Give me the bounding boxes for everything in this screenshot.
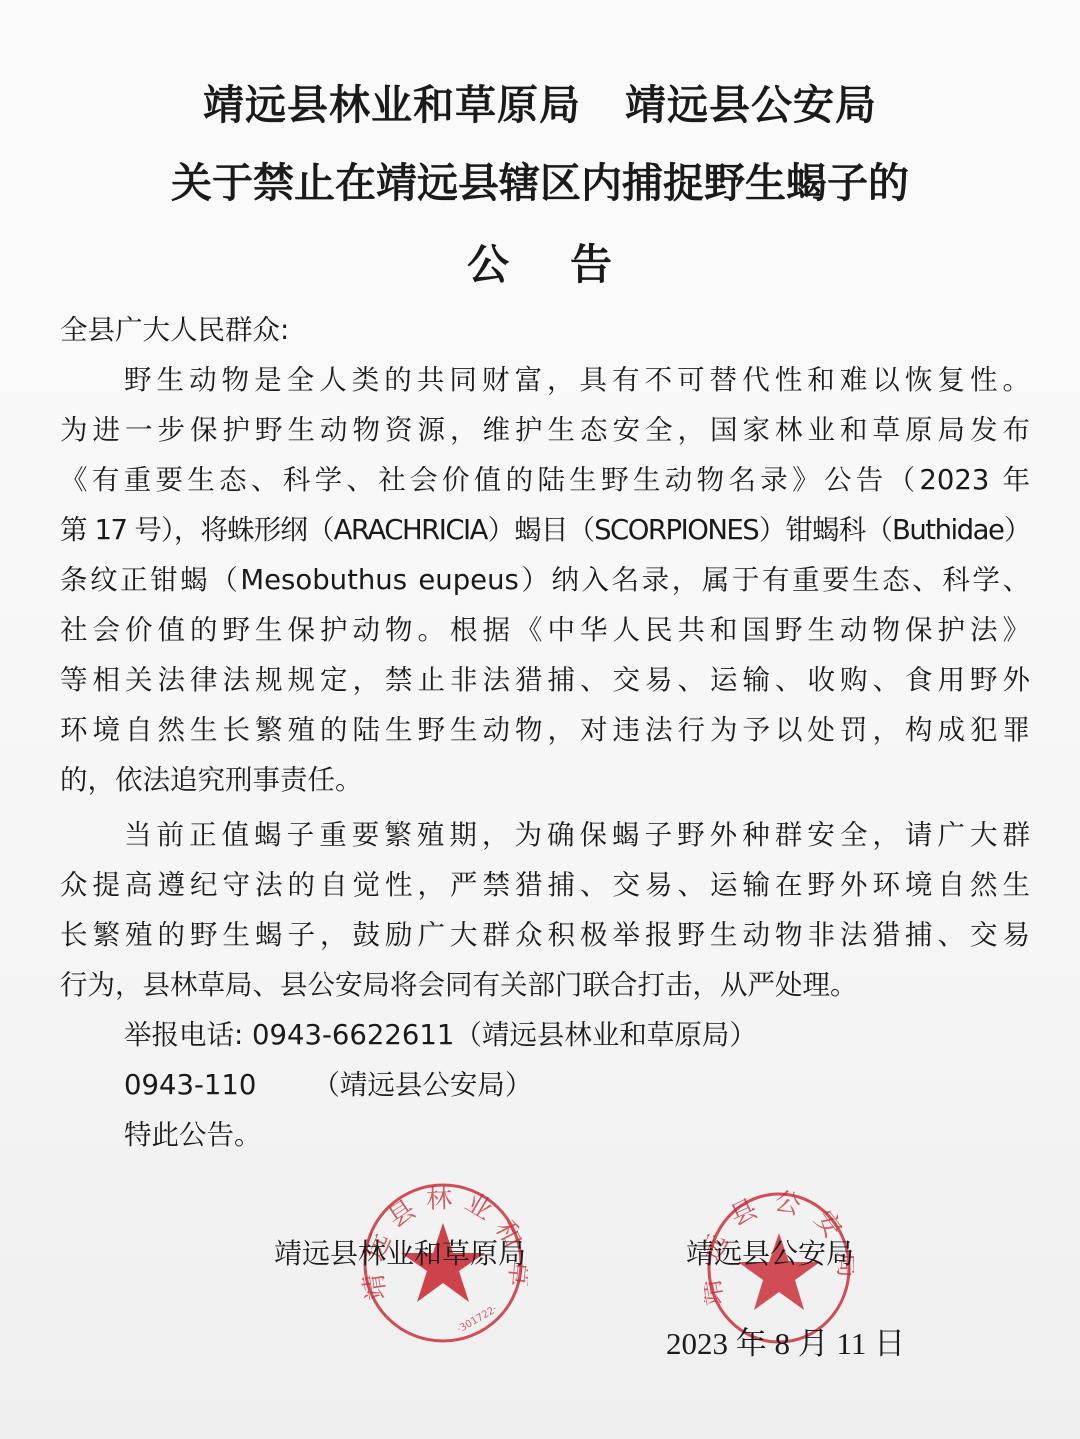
- hotline-police: 0943-110（靖远县公安局）: [124, 1060, 532, 1110]
- paragraph-2-line: 当前正值蝎子重要繁殖期，为确保蝎子野外种群安全，请广大群: [60, 810, 1030, 860]
- svg-text:·301722·: ·301722·: [455, 1304, 499, 1336]
- notice-subject-title: 关于禁止在靖远县辖区内捕捉野生蝎子的: [0, 150, 1080, 209]
- paragraph-2-line: 行为，县林草局、县公安局将会同有关部门联合打击，从严处理。: [60, 960, 858, 1010]
- hotline-police-org: （靖远县公安局）: [312, 1069, 532, 1101]
- notice-date: 2023 年 8 月 11 日: [666, 1318, 905, 1363]
- hotline-forestry-org: （靖远县林业和草原局）: [454, 1019, 757, 1051]
- paragraph-1-line: 社会价值的野生保护动物。根据《中华人民共和国野生动物保护法》: [60, 605, 1030, 655]
- hotline-police-number[interactable]: 0943-110: [124, 1069, 256, 1101]
- signature-police-bureau: 靖远县公安局: [686, 1232, 854, 1272]
- paragraph-2-line: 众提高遵纪守法的自觉性，严禁猎捕、交易、运输在野外环境自然生: [60, 860, 1030, 910]
- notice-doc-type: 公告: [0, 232, 1080, 292]
- paragraph-1-line: 环境自然生长繁殖的陆生野生动物，对违法行为予以处罚，构成犯罪: [60, 705, 1030, 755]
- doc-type-char-1: 公: [467, 240, 510, 289]
- paragraph-1-line: 野生动物是全人类的共同财富，具有不可替代性和难以恢复性。: [60, 355, 1030, 405]
- paragraph-1-line: 《有重要生态、科学、社会价值的陆生野生动物名录》公告（2023 年: [60, 455, 1030, 505]
- closing-statement: 特此公告。: [124, 1110, 262, 1160]
- hotline-forestry: 举报电话: 0943-6622611（靖远县林业和草原局）: [124, 1010, 757, 1060]
- issuing-authorities-title: 靖远县林业和草原局靖远县公安局: [0, 72, 1080, 131]
- paragraph-1-line: 第 17 号），将蛛形纲（ARACHRICIA）蝎目（SCORPIONES）钳蝎…: [60, 505, 1030, 555]
- paragraph-1-line: 的，依法追究刑事责任。: [60, 755, 363, 805]
- hotline-forestry-number[interactable]: 0943-6622611: [252, 1019, 454, 1051]
- paragraph-1-line: 条纹正钳蝎（Mesobuthus eupeus）纳入名录，属于有重要生态、科学、: [60, 555, 1030, 605]
- issuer-police: 靖远县公安局: [625, 81, 877, 129]
- paragraph-1-line: 为进一步保护野生动物资源，维护生态安全，国家林业和草原局发布: [60, 405, 1030, 455]
- paragraph-2-line: 长繁殖的野生蝎子，鼓励广大群众积极举报野生动物非法猎捕、交易: [60, 910, 1030, 960]
- issuer-forestry: 靖远县林业和草原局: [203, 81, 581, 129]
- signature-forestry-bureau: 靖远县林业和草原局: [274, 1232, 526, 1272]
- doc-type-char-2: 告: [570, 240, 613, 289]
- salutation: 全县广大人民群众:: [60, 305, 289, 355]
- hotline-label: 举报电话:: [124, 1019, 243, 1051]
- paragraph-1-line: 等相关法律法规规定，禁止非法猎捕、交易、运输、收购、食用野外: [60, 655, 1030, 705]
